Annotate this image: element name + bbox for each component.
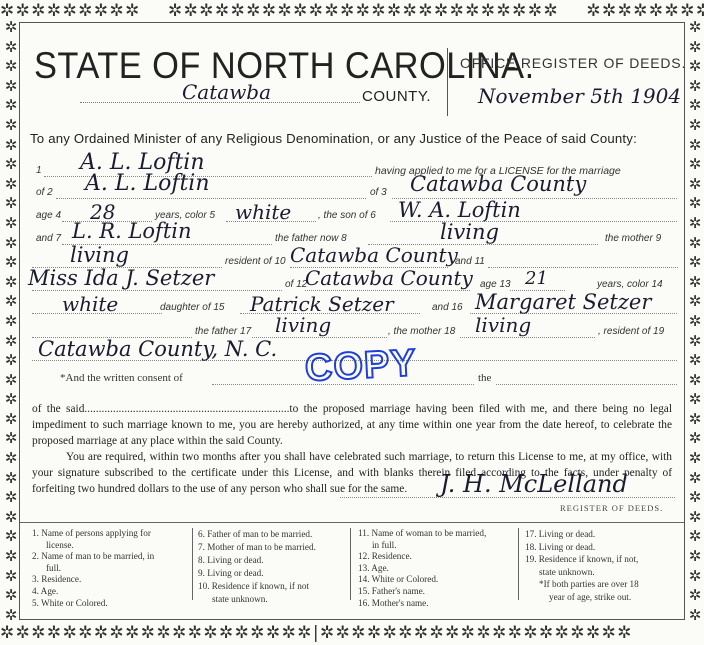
field-6-label: , the son of 6 — [318, 210, 376, 221]
copy-stamp: COPY — [304, 342, 418, 391]
county-value: Catawba — [182, 80, 271, 104]
bride-parents-residence: Catawba County, N. C. — [38, 337, 277, 361]
legend-item-6: 6. Father of man to be married. — [198, 528, 316, 541]
register-signature: J. H. McLelland — [440, 470, 628, 498]
legend-column-2: 6. Father of man to be married. 7. Mothe… — [198, 528, 316, 606]
legend-item-14: 14. White or Colored. — [358, 574, 486, 586]
groom-father: W. A. Loftin — [398, 198, 521, 222]
legend-item-10: 10. Residence if known, if not — [198, 580, 316, 593]
legend-column-4: 17. Living or dead. 18. Living or dead. … — [525, 528, 639, 604]
field-18-label: , the mother 18 — [388, 326, 455, 337]
body-paragraph-1: of the said.............................… — [32, 401, 672, 449]
header-divider — [447, 48, 448, 116]
field-15-label: daughter of 15 — [160, 302, 225, 313]
legend-item-2: 2. Name of man to be married, in — [32, 551, 154, 563]
legend-item-3: 3. Residence. — [32, 574, 154, 586]
field-7-label: and 7 — [36, 233, 61, 244]
legend-separator-3 — [518, 528, 519, 600]
field-16-label: and 16 — [432, 302, 463, 313]
legend-item-11: 11. Name of woman to be married, — [358, 528, 486, 540]
bride-age: 21 — [525, 268, 548, 289]
legend-item-4: 4. Age. — [32, 586, 154, 598]
issue-date: November 5th 1904 — [478, 84, 681, 108]
county-label: COUNTY. — [362, 88, 431, 105]
legend-item-18: 18. Living or dead. — [525, 541, 639, 554]
field-2-label: of 2 — [36, 187, 53, 198]
legend-item-15: 15. Father's name. — [358, 586, 486, 598]
legend-divider — [20, 522, 684, 523]
consent-the-line — [496, 383, 677, 385]
field-2-line — [56, 197, 366, 199]
field-19-label: , resident of 19 — [598, 326, 664, 337]
groom-mother-status: living — [70, 243, 129, 267]
groom-father-status: living — [440, 220, 499, 244]
intro-text: To any Ordained Minister of any Religiou… — [30, 131, 637, 146]
bride-mother: Margaret Setzer — [475, 290, 651, 314]
field-12-label: of 12 — [285, 279, 307, 290]
consent-the-label: the — [478, 372, 491, 384]
field-9-label: the mother 9 — [605, 233, 661, 244]
consent-label: *And the written consent of — [60, 372, 183, 384]
bride-color: white — [62, 292, 118, 316]
legend-item-2-cont: full. — [32, 563, 154, 575]
field-3-label: of 3 — [370, 187, 387, 198]
field-11-line — [488, 266, 678, 268]
legend-item-5: 5. White or Colored. — [32, 598, 154, 610]
legend-item-16: 16. Mother's name. — [358, 598, 486, 610]
register-label: REGISTER OF DEEDS. — [560, 503, 663, 513]
legend-footnote-cont: year of age, strike out. — [525, 591, 639, 604]
field-1-label: 1 — [36, 165, 42, 176]
bottom-ornament-border: ✲✲✲✲✲✲✲✲✲✲✲✲✲✲✲✲✲✲✲✲|✲✲✲✲✲✲✲✲✲✲✲✲✲✲✲✲✲✲✲… — [0, 624, 704, 642]
legend-column-1: 1. Name of persons applying for license.… — [32, 528, 154, 609]
field-10-label: resident of 10 — [225, 256, 286, 267]
groom-color: white — [235, 200, 291, 224]
legend-item-13: 13. Age. — [358, 563, 486, 575]
legend-item-17: 17. Living or dead. — [525, 528, 639, 541]
right-ornament-border: ✲✲✲✲✲✲✲✲✲✲✲✲✲✲✲✲✲✲✲✲✲✲✲✲✲✲✲✲✲✲✲ — [686, 18, 704, 626]
groom-residence: Catawba County — [410, 172, 586, 196]
legend-item-12: 12. Residence. — [358, 551, 486, 563]
legend-item-19: 19. Residence if known, if not, — [525, 553, 639, 566]
legend-separator-2 — [350, 528, 351, 600]
legend-item-7: 7. Mother of man to be married. — [198, 541, 316, 554]
top-ornament-border: ✲✲✲✲✲✲✲✲✲ ✲✲✲✲✲✲✲✲✲✲✲✲✲✲✲✲✲✲✲✲✲✲✲✲✲ ✲✲✲✲… — [0, 2, 704, 20]
bride-residence: Catawba County — [305, 266, 473, 290]
bride-father-status: living — [275, 313, 331, 337]
bride-mother-status: living — [475, 313, 531, 337]
field-17-label: the father 17 — [195, 326, 251, 337]
field-14-label: years, color 14 — [597, 279, 663, 290]
legend-item-11-cont: in full. — [358, 540, 486, 552]
legend-separator-1 — [192, 528, 193, 600]
field-13-label: age 13 — [480, 279, 511, 290]
groom-parents-residence: Catawba County — [290, 243, 458, 267]
legend-item-10-cont: state unknown. — [198, 593, 316, 606]
legend-item-9: 9. Living or dead. — [198, 567, 316, 580]
legend-item-1: 1. Name of persons applying for — [32, 528, 154, 540]
field-4-label: age 4 — [36, 210, 61, 221]
left-ornament-border: ✲✲✲✲✲✲✲✲✲✲✲✲✲✲✲✲✲✲✲✲✲✲✲✲✲✲✲✲✲✲✲ — [2, 18, 20, 626]
bride-name: Miss Ida J. Setzer — [28, 266, 214, 290]
legend-footnote: *If both parties are over 18 — [525, 578, 639, 591]
groom-mother: L. R. Loftin — [72, 219, 192, 243]
legend-item-1-cont: license. — [32, 540, 154, 552]
legend-item-19-cont: state unknown. — [525, 566, 639, 579]
office-label: OFFICE REGISTER OF DEEDS. — [460, 55, 686, 71]
legend-item-8: 8. Living or dead. — [198, 554, 316, 567]
groom-name: A. L. Loftin — [85, 171, 210, 196]
legend-column-3: 11. Name of woman to be married, in full… — [358, 528, 486, 609]
